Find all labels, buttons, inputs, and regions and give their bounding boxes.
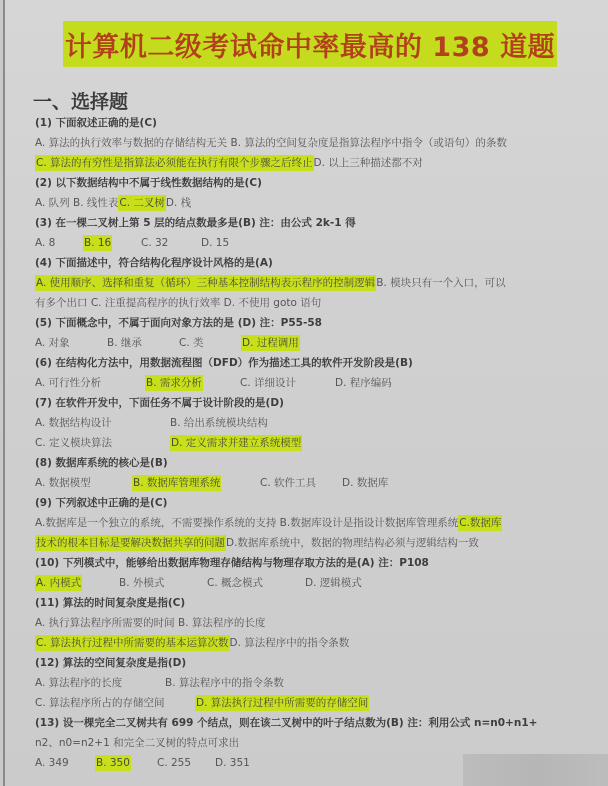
answer-option: B. 继承 [107,333,179,353]
answer-options-line: 有多个出口 C. 注重提高程序的执行效率 D. 不使用 goto 语句 [35,293,595,313]
option-text: B. 外模式 [119,577,164,589]
answer-option: A. 执行算法程序所需要的时间 B. 算法程序的长度 [35,613,265,633]
answer-option: A.数据库是一个独立的系统，不需要操作系统的支持 B.数据库设计是指设计数据库管… [35,513,458,533]
highlighted-text: C. 算法的有穷性是指算法必须能在执行有限个步骤之后终止 [35,155,314,171]
answer-option: B. 外模式 [119,573,207,593]
question-stem: (7) 在软件开发中，下面任务不属于设计阶段的是(D) [35,393,595,413]
correct-answer-option: A. 内模式 [35,573,119,593]
option-text: A. 349 [35,757,69,769]
highlighted-text: C.数据库 [458,515,502,531]
option-text: A. 8 [35,237,55,249]
answer-option: D. 数据库 [342,473,388,493]
answer-option: A. 数据结构设计 [35,413,170,433]
option-text: D. 逻辑模式 [305,577,362,589]
answer-option: C. 255 [157,753,215,773]
correct-answer-option: C. 算法的有穷性是指算法必须能在执行有限个步骤之后终止 [35,153,314,173]
question-stem: (11) 算法的时间复杂度是指(C) [35,593,595,613]
option-text: A. 算法的执行效率与数据的存储结构无关 B. 算法的空间复杂度是指算法程序中指… [35,137,507,149]
answer-option: C. 概念模式 [207,573,305,593]
answer-options-line: A. 数据结构设计B. 给出系统模块结构 [35,413,595,433]
option-text: A. 队列 B. 线性表 [35,197,118,209]
option-text: A. 数据模型 [35,477,91,489]
answer-option: C. 软件工具 [260,473,342,493]
correct-answer-option: B. 需求分析 [145,373,240,393]
answer-options-line: n2、n0=n2+1 和完全二叉树的特点可求出 [35,733,595,753]
option-text: A. 算法程序的长度 [35,677,122,689]
title-highlight: 计算机二级考试命中率最高的 138 道题 [63,21,557,67]
highlighted-text: 技术的根本目标是要解决数据共享的问题 [35,535,226,551]
option-text: D. 程序编码 [335,377,392,389]
highlighted-text: D. 定义需求并建立系统模型 [170,435,302,451]
question-list: (1) 下面叙述正确的是(C)A. 算法的执行效率与数据的存储结构无关 B. 算… [35,113,595,773]
question-stem: (10) 下列模式中，能够给出数据库物理存储结构与物理存取方法的是(A) 注：P… [35,553,595,573]
answer-option: C. 类 [179,333,241,353]
answer-option: C. 算法程序所占的存储空间 [35,693,195,713]
answer-option: A. 对象 [35,333,107,353]
highlighted-text: A. 内模式 [35,575,82,591]
question-stem: (1) 下面叙述正确的是(C) [35,113,595,133]
answer-option: D. 以上三种描述都不对 [314,153,423,173]
option-text: B. 给出系统模块结构 [170,417,268,429]
section-heading: 一、选择题 [33,87,128,114]
correct-answer-option: C. 二叉树 [118,193,166,213]
answer-options-line: C. 算法的有穷性是指算法必须能在执行有限个步骤之后终止 D. 以上三种描述都不… [35,153,595,173]
question-stem: (8) 数据库系统的核心是(B) [35,453,595,473]
answer-options-line: A. 对象B. 继承C. 类D. 过程调用 [35,333,595,353]
correct-answer-option: D. 过程调用 [241,333,300,353]
answer-option: A. 8 [35,233,83,253]
answer-option: D. 算法程序中的指令条数 [230,633,350,653]
answer-option: D. 栈 [166,193,191,213]
option-text: A. 数据结构设计 [35,417,112,429]
correct-answer-option: D. 定义需求并建立系统模型 [170,433,302,453]
answer-option: n2、n0=n2+1 和完全二叉树的特点可求出 [35,733,239,753]
question-stem: (3) 在一棵二叉树上第 5 层的结点数最多是(B) 注：由公式 2k-1 得 [35,213,595,233]
correct-answer-option: D. 算法执行过程中所需要的存储空间 [195,693,369,713]
correct-answer-option: C. 算法执行过程中所需要的基本运算次数 [35,633,230,653]
answer-option: D. 15 [201,233,229,253]
option-text: C. 详细设计 [240,377,296,389]
answer-option: D. 程序编码 [335,373,392,393]
question-stem: (12) 算法的空间复杂度是指(D) [35,653,595,673]
question-stem: (5) 下面概念中，不属于面向对象方法的是 (D) 注：P55-58 [35,313,595,333]
answer-option: B. 给出系统模块结构 [170,413,268,433]
option-text: D. 算法程序中的指令条数 [230,637,350,649]
option-text: D. 以上三种描述都不对 [314,157,423,169]
answer-options-line: A. 算法程序的长度B. 算法程序中的指令条数 [35,673,595,693]
option-text: C. 算法程序所占的存储空间 [35,697,165,709]
question-stem: (2) 以下数据结构中不属于线性数据结构的是(C) [35,173,595,193]
correct-answer-option: B. 16 [83,233,141,253]
highlighted-text: D. 算法执行过程中所需要的存储空间 [195,695,369,711]
option-text: D. 351 [215,757,250,769]
answer-options-line: C. 算法执行过程中所需要的基本运算次数 D. 算法程序中的指令条数 [35,633,595,653]
answer-option: A. 349 [35,753,95,773]
highlighted-text: C. 二叉树 [118,195,166,211]
answer-option: A. 可行性分析 [35,373,145,393]
highlighted-text: C. 算法执行过程中所需要的基本运算次数 [35,635,230,651]
answer-option: D. 351 [215,753,250,773]
highlighted-text: B. 数据库管理系统 [132,475,221,491]
answer-option: C. 定义模块算法 [35,433,170,453]
option-text: A.数据库是一个独立的系统，不需要操作系统的支持 B.数据库设计是指设计数据库管… [35,517,458,529]
option-text: D.数据库系统中，数据的物理结构必须与逻辑结构一致 [226,537,479,549]
highlighted-text: A. 使用顺序、选择和重复（循环）三种基本控制结构表示程序的控制逻辑 [35,275,376,291]
answer-options-line: A. 队列 B. 线性表 C. 二叉树 D. 栈 [35,193,595,213]
highlighted-text: D. 过程调用 [241,335,300,351]
blurred-watermark [463,754,608,786]
option-text: B. 继承 [107,337,142,349]
answer-option: A. 数据模型 [35,473,132,493]
answer-option: D.数据库系统中，数据的物理结构必须与逻辑结构一致 [226,533,479,553]
answer-option: D. 逻辑模式 [305,573,362,593]
answer-options-line: A. 算法的执行效率与数据的存储结构无关 B. 算法的空间复杂度是指算法程序中指… [35,133,595,153]
highlighted-text: B. 16 [83,235,112,251]
option-text: C. 概念模式 [207,577,263,589]
option-text: B. 模块只有一个入口，可以 [376,277,505,289]
document-page: 计算机二级考试命中率最高的 138 道题 一、选择题 (1) 下面叙述正确的是(… [3,0,608,786]
option-text: B. 算法程序中的指令条数 [165,677,284,689]
option-text: n2、n0=n2+1 和完全二叉树的特点可求出 [35,737,239,749]
option-text: A. 执行算法程序所需要的时间 B. 算法程序的长度 [35,617,265,629]
correct-answer-option: B. 数据库管理系统 [132,473,260,493]
answer-option: B. 算法程序中的指令条数 [165,673,284,693]
option-text: C. 软件工具 [260,477,316,489]
correct-answer-option: 技术的根本目标是要解决数据共享的问题 [35,533,226,553]
option-text: C. 定义模块算法 [35,437,112,449]
answer-options-line: A. 可行性分析B. 需求分析C. 详细设计D. 程序编码 [35,373,595,393]
answer-option: B. 模块只有一个入口，可以 [376,273,505,293]
option-text: 有多个出口 C. 注重提高程序的执行效率 D. 不使用 goto 语句 [35,297,321,309]
question-stem: (9) 下列叙述中正确的是(C) [35,493,595,513]
answer-options-line: C. 定义模块算法D. 定义需求并建立系统模型 [35,433,595,453]
answer-option: A. 队列 B. 线性表 [35,193,118,213]
option-text: C. 32 [141,237,168,249]
answer-option: 有多个出口 C. 注重提高程序的执行效率 D. 不使用 goto 语句 [35,293,321,313]
answer-option: C. 详细设计 [240,373,335,393]
highlighted-text: B. 需求分析 [145,375,203,391]
option-text: C. 类 [179,337,204,349]
correct-answer-option: A. 使用顺序、选择和重复（循环）三种基本控制结构表示程序的控制逻辑 [35,273,376,293]
answer-options-line: A. 内模式B. 外模式C. 概念模式D. 逻辑模式 [35,573,595,593]
page-title: 计算机二级考试命中率最高的 138 道题 [65,25,555,64]
answer-options-line: 技术的根本目标是要解决数据共享的问题 D.数据库系统中，数据的物理结构必须与逻辑… [35,533,595,553]
correct-answer-option: C.数据库 [458,513,502,533]
answer-options-line: A.数据库是一个独立的系统，不需要操作系统的支持 B.数据库设计是指设计数据库管… [35,513,595,533]
answer-options-line: A. 执行算法程序所需要的时间 B. 算法程序的长度 [35,613,595,633]
answer-options-line: C. 算法程序所占的存储空间D. 算法执行过程中所需要的存储空间 [35,693,595,713]
answer-options-line: A. 数据模型B. 数据库管理系统C. 软件工具D. 数据库 [35,473,595,493]
option-text: D. 15 [201,237,229,249]
question-stem: (4) 下面描述中，符合结构化程序设计风格的是(A) [35,253,595,273]
option-text: A. 可行性分析 [35,377,101,389]
option-text: D. 数据库 [342,477,388,489]
answer-option: A. 算法程序的长度 [35,673,165,693]
answer-options-line: A. 8B. 16C. 32D. 15 [35,233,595,253]
option-text: C. 255 [157,757,191,769]
option-text: D. 栈 [166,197,191,209]
option-text: A. 对象 [35,337,70,349]
correct-answer-option: B. 350 [95,753,157,773]
highlighted-text: B. 350 [95,755,131,771]
answer-options-line: A. 使用顺序、选择和重复（循环）三种基本控制结构表示程序的控制逻辑 B. 模块… [35,273,595,293]
question-stem: (6) 在结构化方法中，用数据流程图（DFD）作为描述工具的软件开发阶段是(B) [35,353,595,373]
question-stem: (13) 设一棵完全二叉树共有 699 个结点，则在该二叉树中的叶子结点数为(B… [35,713,595,733]
answer-option: A. 算法的执行效率与数据的存储结构无关 B. 算法的空间复杂度是指算法程序中指… [35,133,507,153]
answer-option: C. 32 [141,233,201,253]
